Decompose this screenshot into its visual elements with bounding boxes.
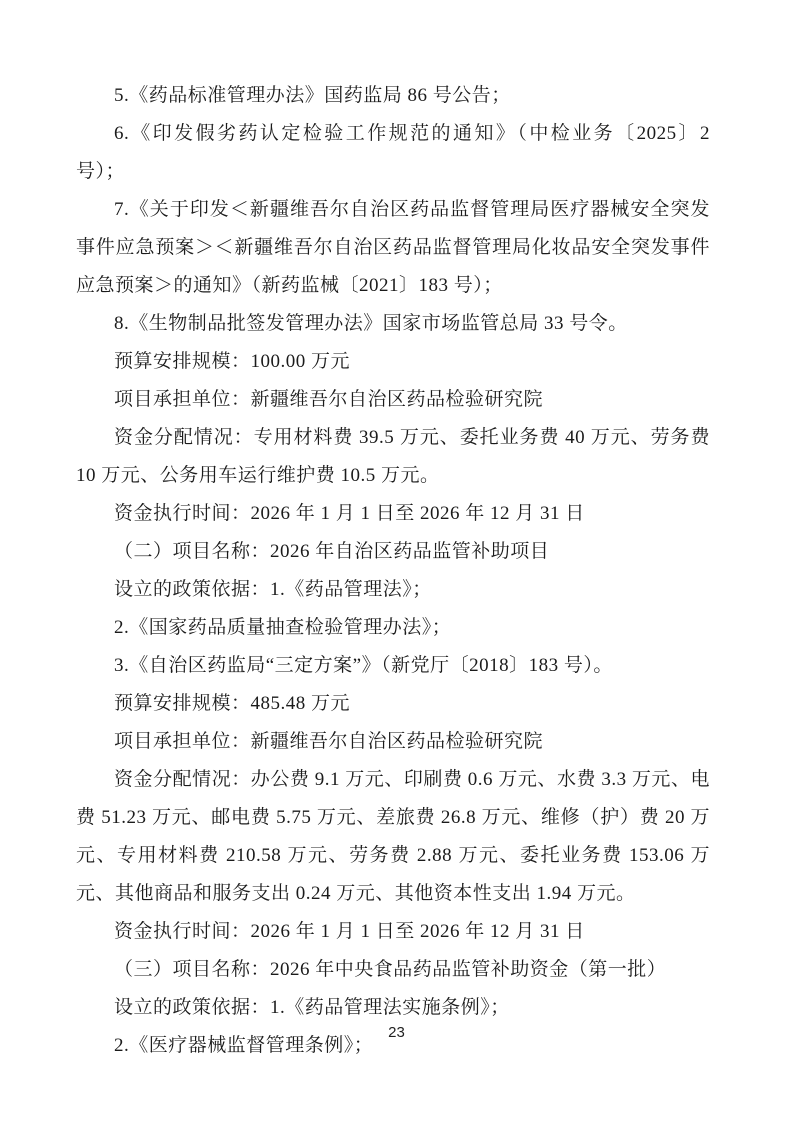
project-1-budget-scale: 预算安排规模：100.00 万元 [76, 343, 710, 381]
project-2-fund-allocation: 资金分配情况：办公费 9.1 万元、印刷费 0.6 万元、水费 3.3 万元、电… [76, 761, 710, 913]
project-2-policy-basis-2: 2.《国家药品质量抽查检验管理办法》； [76, 609, 710, 647]
project-2-budget-scale: 预算安排规模：485.48 万元 [76, 685, 710, 723]
project-2-policy-basis-1: 设立的政策依据：1.《药品管理法》； [76, 571, 710, 609]
project-2-undertaking-unit: 项目承担单位：新疆维吾尔自治区药品检验研究院 [76, 723, 710, 761]
page-number: 23 [0, 1022, 793, 1044]
project-3-name: （三）项目名称：2026 年中央食品药品监管补助资金（第一批） [76, 951, 710, 989]
project-2-name: （二）项目名称：2026 年自治区药品监管补助项目 [76, 533, 710, 571]
policy-basis-item-5: 5.《药品标准管理办法》国药监局 86 号公告； [76, 77, 710, 115]
project-2-execution-period: 资金执行时间：2026 年 1 月 1 日至 2026 年 12 月 31 日 [76, 913, 710, 951]
document-page: 5.《药品标准管理办法》国药监局 86 号公告； 6.《印发假劣药认定检验工作规… [0, 0, 793, 1122]
policy-basis-item-6: 6.《印发假劣药认定检验工作规范的通知》（中检业务〔2025〕2 号）； [76, 115, 710, 191]
project-2-policy-basis-3: 3.《自治区药监局“三定方案”》（新党厅〔2018〕183 号）。 [76, 647, 710, 685]
policy-basis-item-7: 7.《关于印发＜新疆维吾尔自治区药品监督管理局医疗器械安全突发事件应急预案＞＜新… [76, 191, 710, 305]
policy-basis-item-8: 8.《生物制品批签发管理办法》国家市场监管总局 33 号令。 [76, 305, 710, 343]
document-body: 5.《药品标准管理办法》国药监局 86 号公告； 6.《印发假劣药认定检验工作规… [76, 77, 710, 1065]
project-1-fund-allocation: 资金分配情况：专用材料费 39.5 万元、委托业务费 40 万元、劳务费 10 … [76, 419, 710, 495]
project-1-execution-period: 资金执行时间：2026 年 1 月 1 日至 2026 年 12 月 31 日 [76, 495, 710, 533]
project-1-undertaking-unit: 项目承担单位：新疆维吾尔自治区药品检验研究院 [76, 381, 710, 419]
